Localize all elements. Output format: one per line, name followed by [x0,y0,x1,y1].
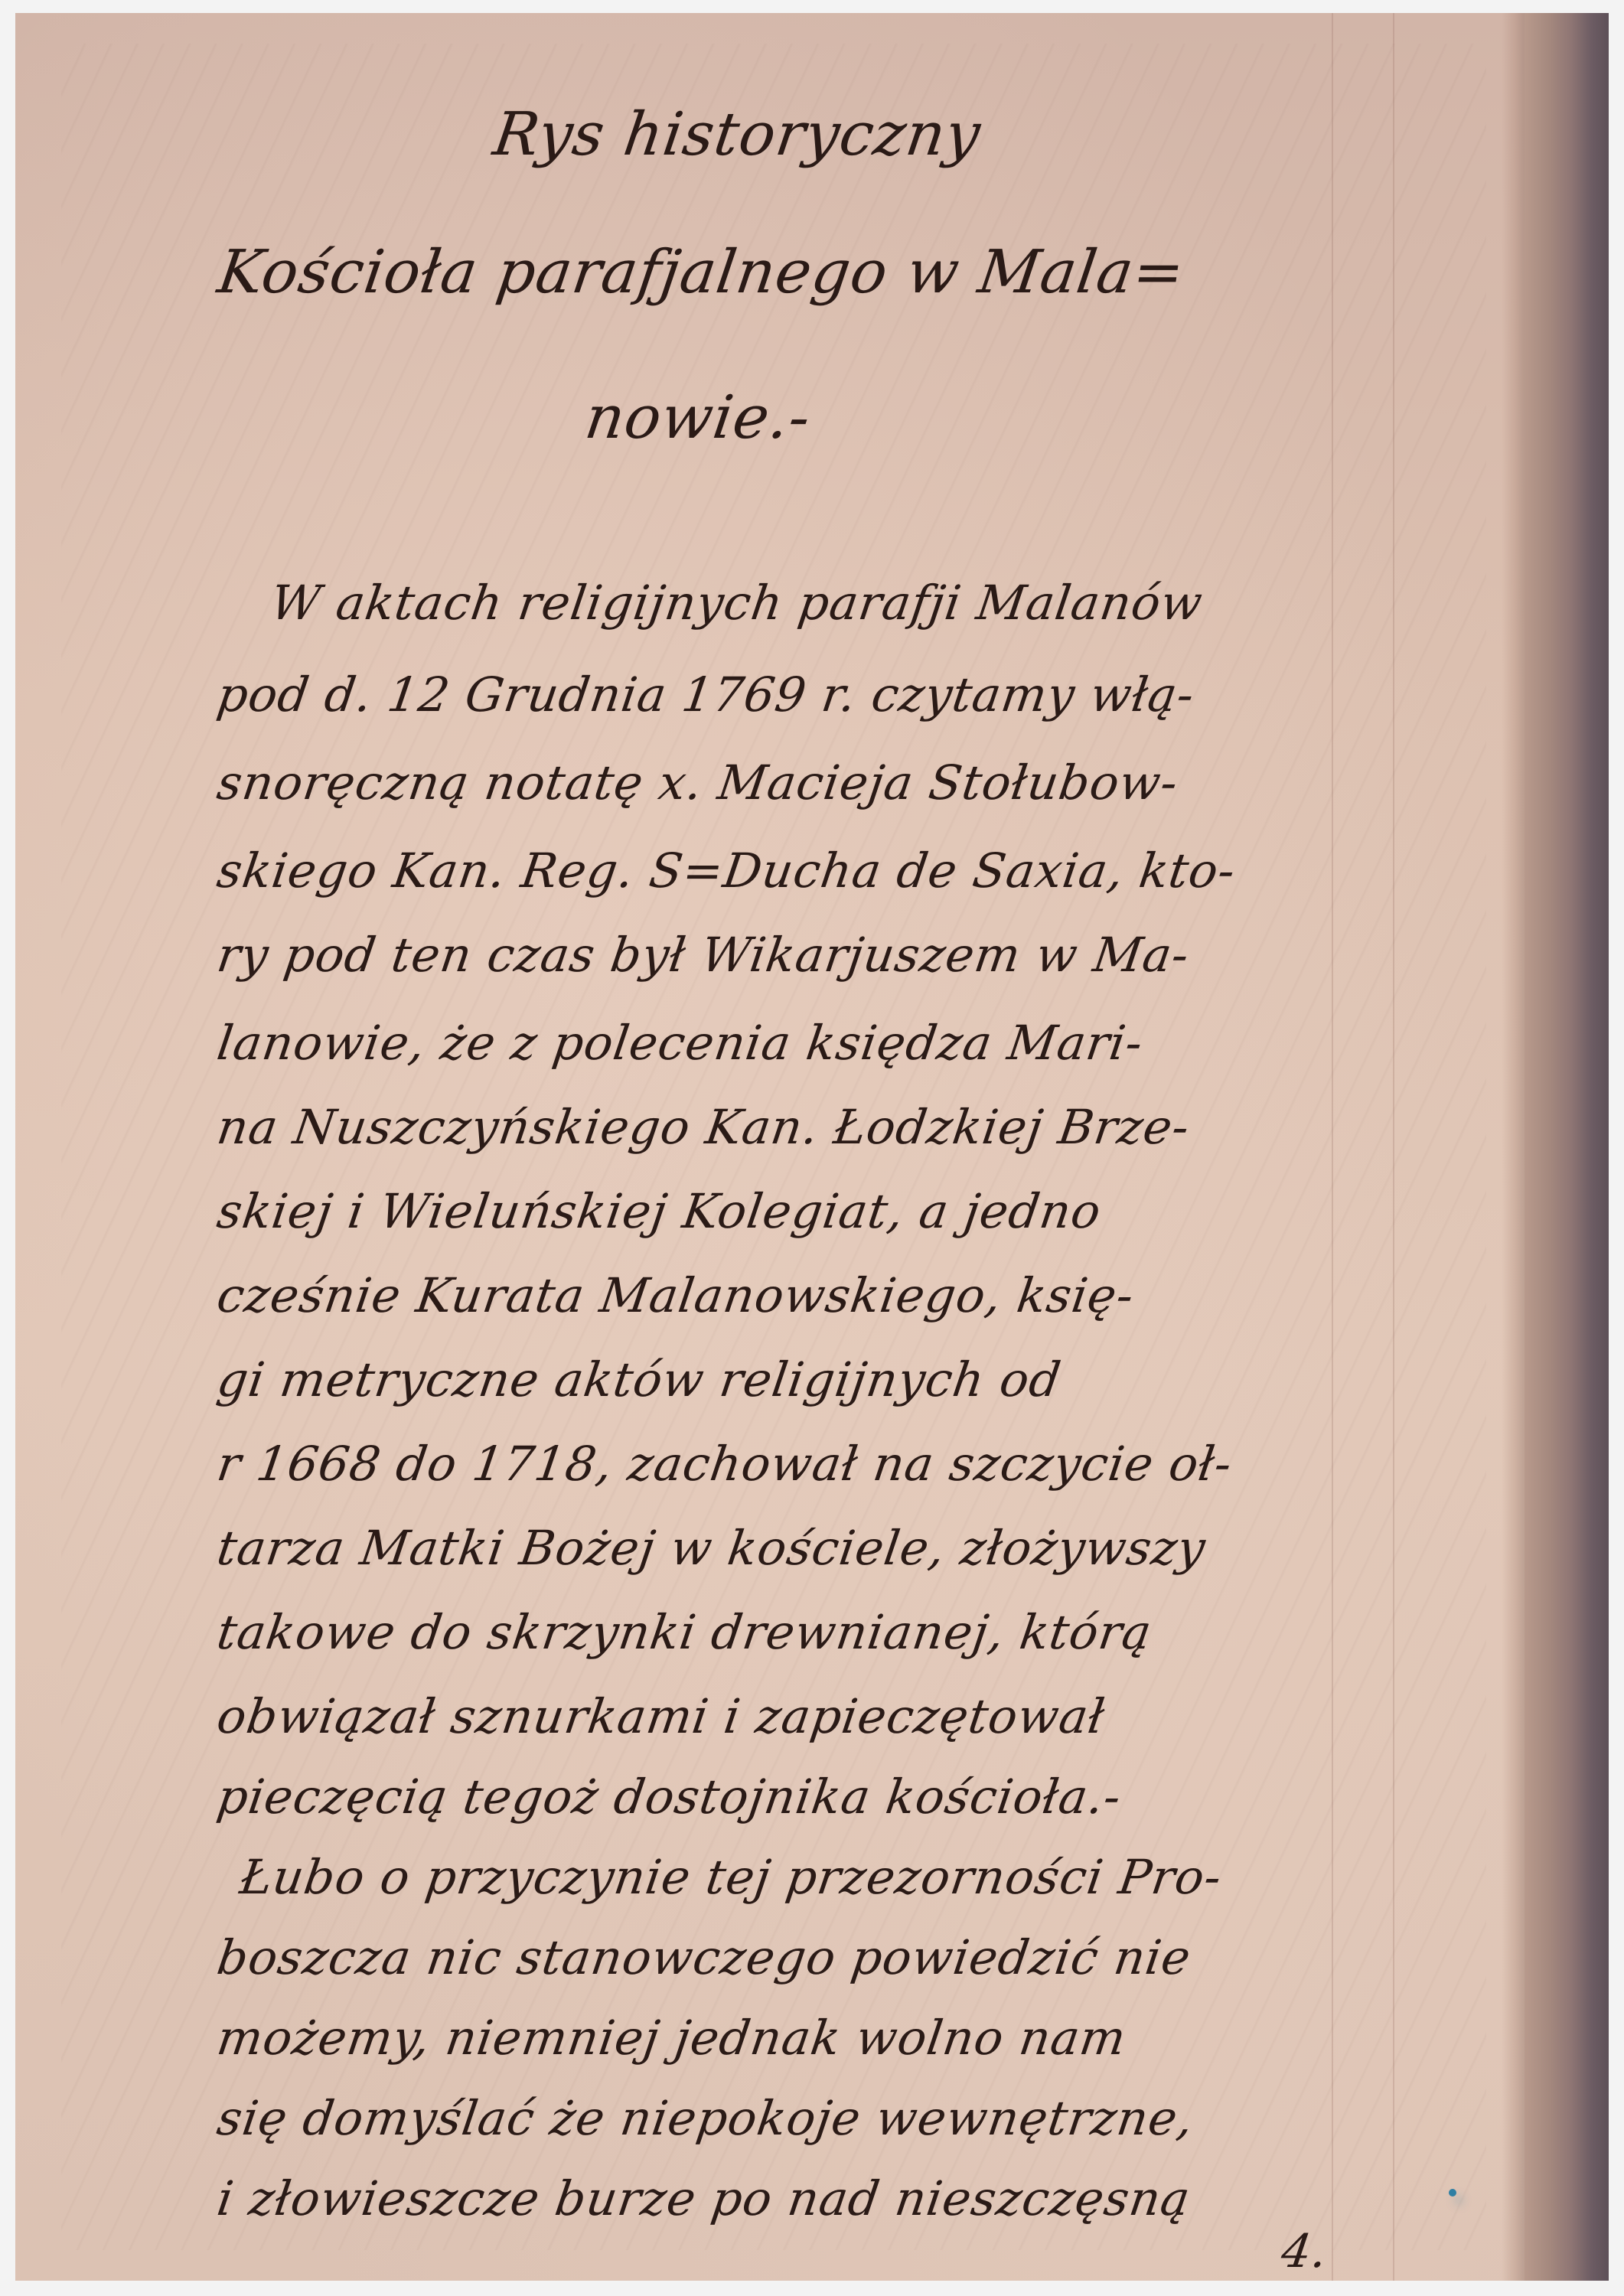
body-line: pieczęcią tegoż dostojnika kościoła.- [214,1773,1124,1821]
body-line: lanowie, że z polecenia księdza Mari- [214,1019,1146,1067]
ruled-margin-line [1393,13,1394,2281]
body-line: ry pod ten czas był Wikarjuszem w Ma- [214,931,1192,979]
title-line-3: nowie.- [582,388,814,448]
body-line: skiej i Wieluńskiej Kolegiat, a jedno [214,1188,1104,1235]
body-line: gi metryczne aktów religijnych od [214,1356,1064,1404]
body-line: możemy, niemniej jednak wolno nam [214,2014,1129,2062]
body-line: takowe do skrzynki drewnianej, którą [214,1609,1155,1656]
body-line: na Nuszczyńskiego Kan. Łodzkiej Brze- [214,1104,1192,1151]
body-line: obwiązał sznurkami i zapieczętował [214,1693,1108,1740]
body-line: r 1668 do 1718, zachował na szczycie oł- [214,1440,1235,1488]
body-line: boszcza nic stanowczego powiedzić nie [214,1934,1194,1981]
manuscript-page: Rys historyczny Kościoła parafjalnego w … [15,13,1609,2281]
body-line: pod d. 12 Grudnia 1769 r. czytamy włą- [214,671,1198,719]
book-binding [1525,13,1609,2281]
body-line: tarza Matki Bożej w kościele, złożywszy [214,1525,1208,1572]
body-line: W aktach religijnych parafji Malanów [268,579,1206,627]
title-line-1: Rys historyczny [490,105,984,165]
page-fold-shadow [1502,13,1525,2281]
body-line: skiego Kan. Reg. S=Ducha de Saxia, kto- [214,847,1238,895]
title-line-2: Kościoła parafjalnego w Mala= [214,243,1189,302]
body-line: cześnie Kurata Malanowskiego, księ- [214,1272,1137,1319]
page-number-mark: 4. [1278,2225,1331,2278]
blue-ink-spot [1449,2189,1456,2197]
body-line: Łubo o przyczynie tej przezorności Pro- [237,1854,1225,1901]
body-line: snoręczną notatę x. Macieja Stołubow- [214,759,1181,807]
body-line: i złowieszcze burze po nad nieszczęsną [214,2175,1193,2223]
body-line: się domyślać że niepokoje wewnętrzne, [214,2095,1197,2142]
ruled-margin-line [1332,13,1333,2281]
